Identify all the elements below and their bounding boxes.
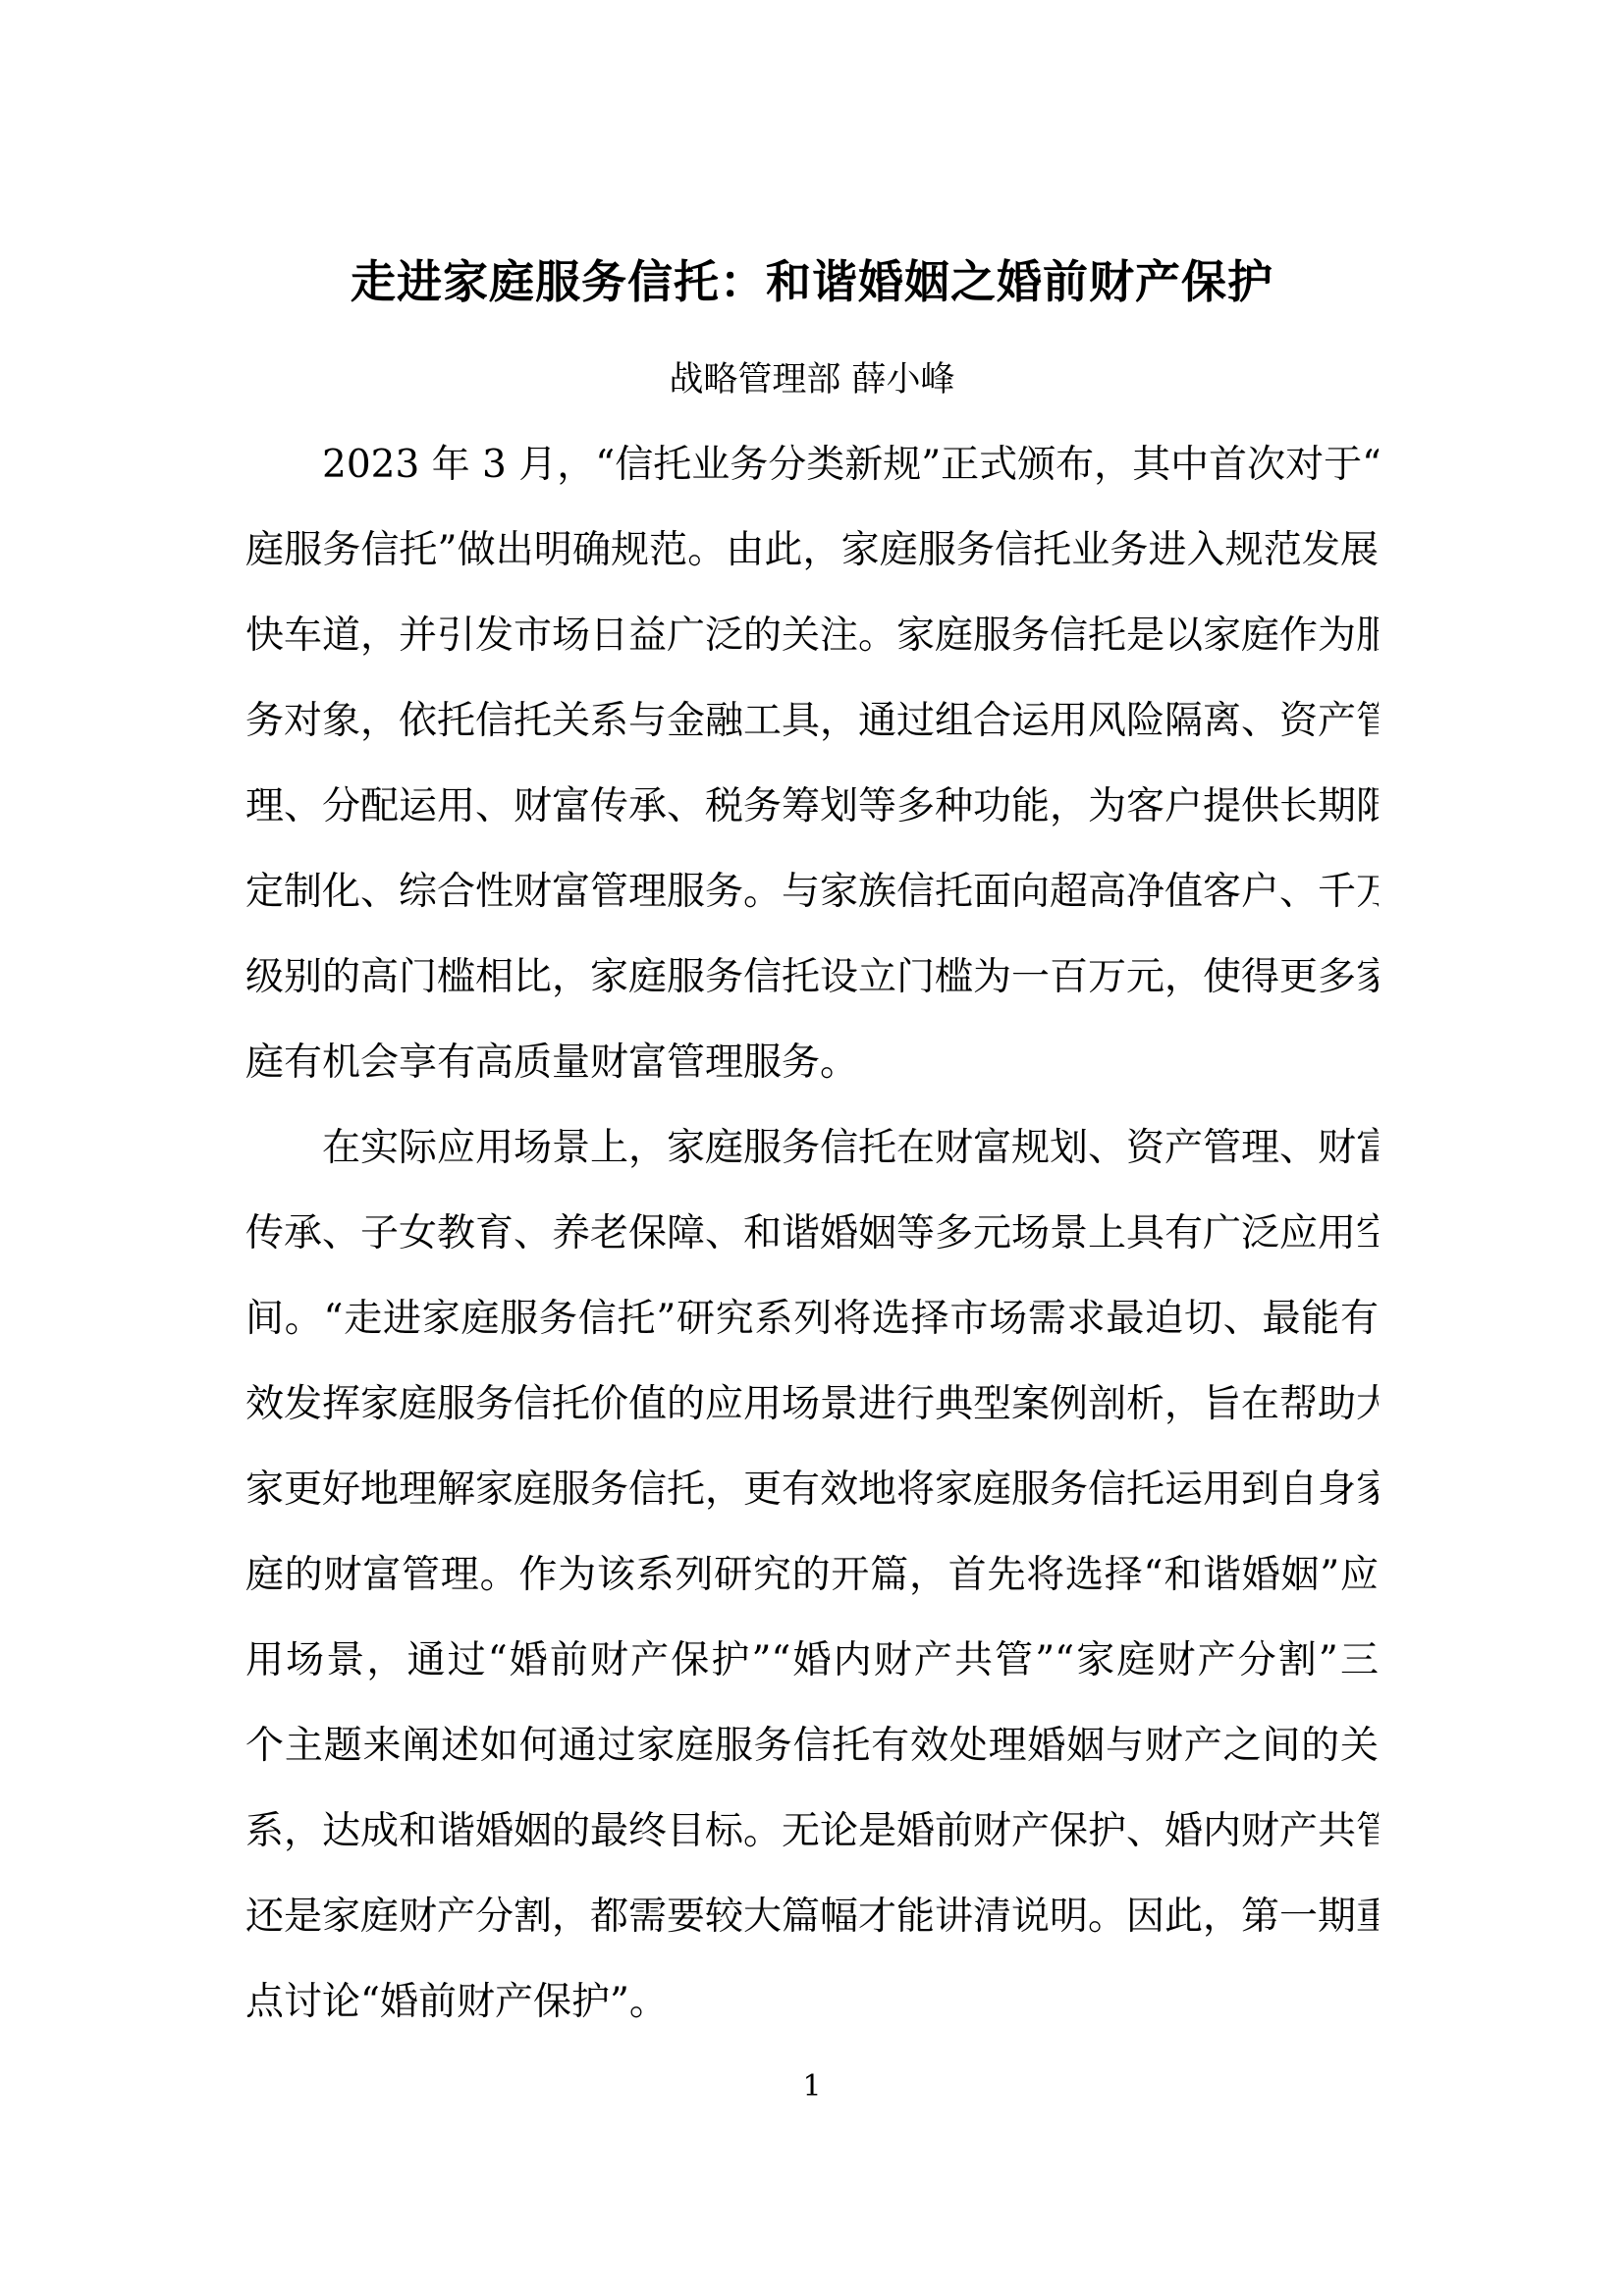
body-line: 效发挥家庭服务信托价值的应用场景进行典型案例剖析，旨在帮助大 [245,1362,1379,1447]
document-page: 走进家庭服务信托：和谐婚姻之婚前财产保护 战略管理部 薛小峰 2023 年 3 … [0,0,1624,2296]
body-line: 理、分配运用、财富传承、税务筹划等多种功能，为客户提供长期限、 [245,764,1379,849]
body-line: 级别的高门槛相比，家庭服务信托设立门槛为一百万元，使得更多家 [245,934,1379,1020]
body-line: 庭服务信托”做出明确规范。由此，家庭服务信托业务进入规范发展 [245,507,1379,593]
body-line: 庭有机会享有高质量财富管理服务。 [245,1020,1379,1105]
body-line: 务对象，依托信托关系与金融工具，通过组合运用风险隔离、资产管 [245,678,1379,764]
body-line: 用场景，通过“婚前财产保护”“婚内财产共管”“家庭财产分割”三 [245,1618,1379,1703]
body-line: 点讨论“婚前财产保护”。 [245,1959,1379,2045]
body-line: 传承、子女教育、养老保障、和谐婚姻等多元场景上具有广泛应用空 [245,1191,1379,1276]
body-line: 2023 年 3 月，“信托业务分类新规”正式颁布，其中首次对于“家 [245,422,1379,507]
body-line: 个主题来阐述如何通过家庭服务信托有效处理婚姻与财产之间的关 [245,1703,1379,1789]
paragraph: 在实际应用场景上，家庭服务信托在财富规划、资产管理、财富传承、子女教育、养老保障… [245,1105,1379,2045]
body-line: 定制化、综合性财富管理服务。与家族信托面向超高净值客户、千万 [245,849,1379,934]
body-line: 还是家庭财产分割，都需要较大篇幅才能讲清说明。因此，第一期重 [245,1874,1379,1959]
body-line: 庭的财富管理。作为该系列研究的开篇，首先将选择“和谐婚姻”应 [245,1532,1379,1618]
body-line: 在实际应用场景上，家庭服务信托在财富规划、资产管理、财富 [245,1105,1379,1191]
paragraph: 2023 年 3 月，“信托业务分类新规”正式颁布，其中首次对于“家庭服务信托”… [245,422,1379,1105]
document-body: 2023 年 3 月，“信托业务分类新规”正式颁布，其中首次对于“家庭服务信托”… [245,422,1379,2045]
body-line: 家更好地理解家庭服务信托，更有效地将家庭服务信托运用到自身家 [245,1447,1379,1532]
document-byline: 战略管理部 薛小峰 [245,357,1379,402]
body-line: 系，达成和谐婚姻的最终目标。无论是婚前财产保护、婚内财产共管， [245,1789,1379,1874]
page-number: 1 [245,2067,1379,2107]
document-title: 走进家庭服务信托：和谐婚姻之婚前财产保护 [245,251,1379,312]
body-line: 间。“走进家庭服务信托”研究系列将选择市场需求最迫切、最能有 [245,1276,1379,1362]
body-line: 快车道，并引发市场日益广泛的关注。家庭服务信托是以家庭作为服 [245,593,1379,678]
